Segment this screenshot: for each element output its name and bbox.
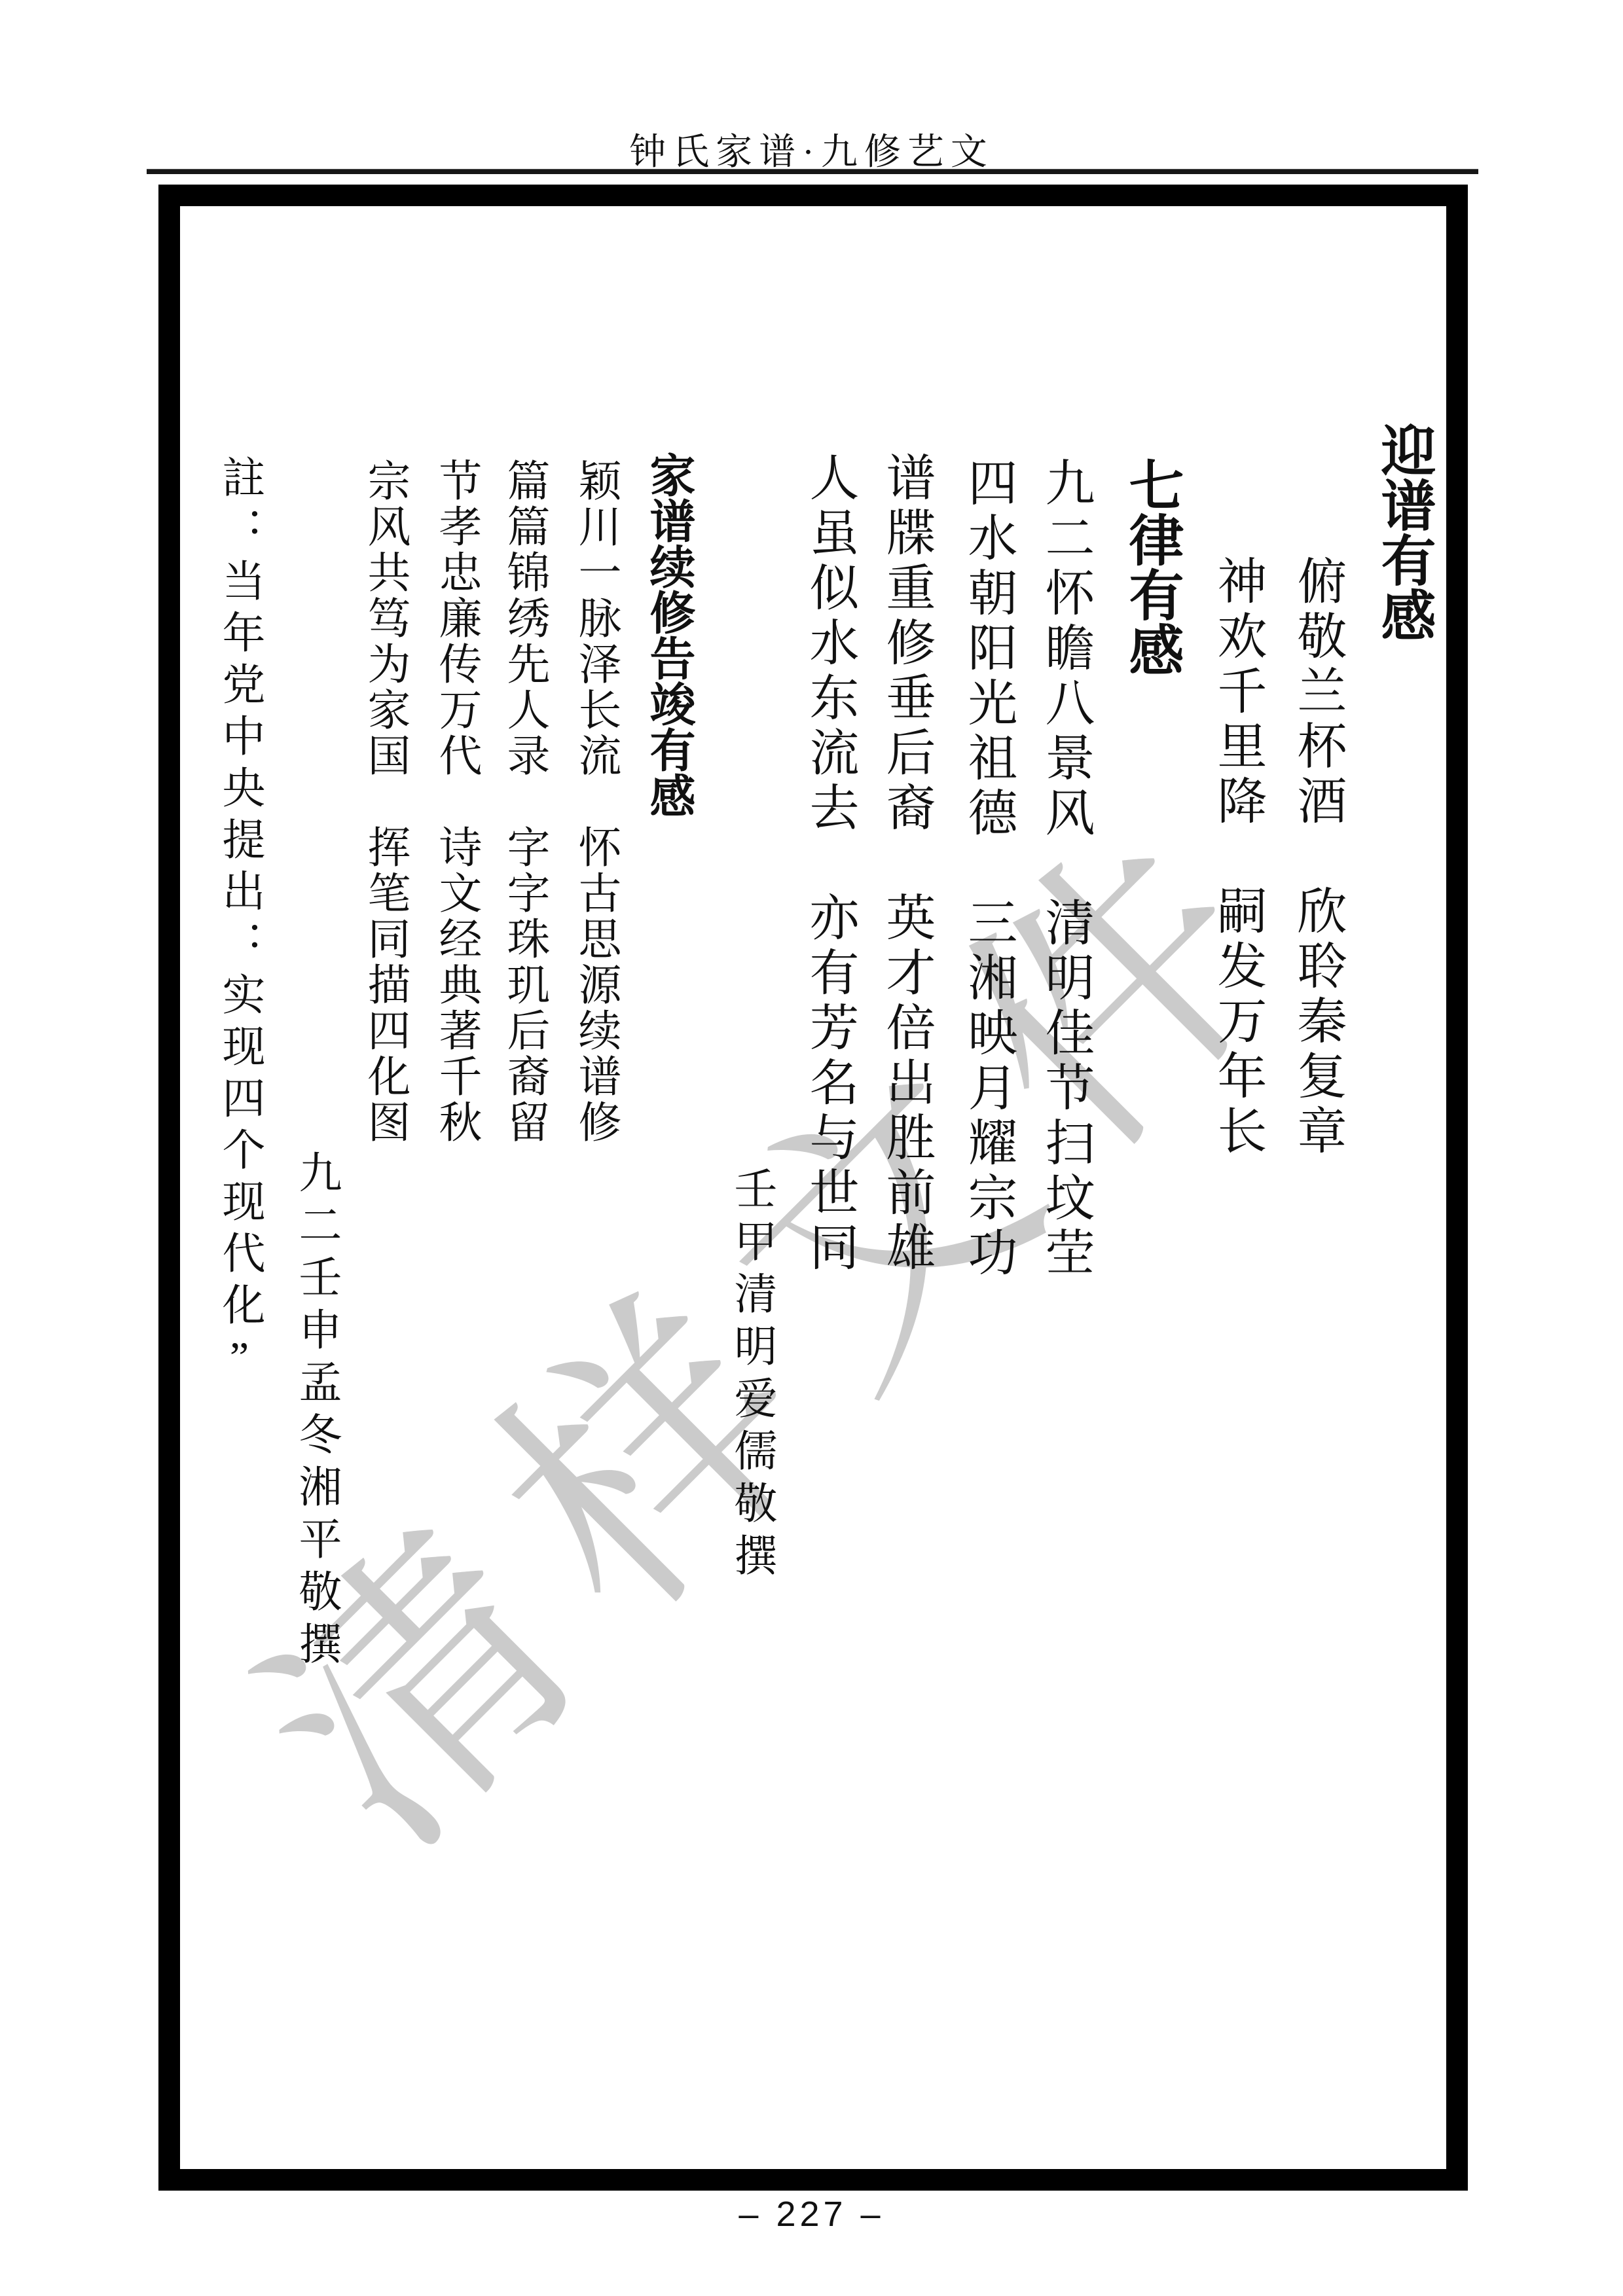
section3-line2: 篇篇锦绣先人录 字字珠玑后裔留 [493,458,555,1145]
section2-title: 七律有感 [1112,457,1191,677]
section1-line2: 神欢千里降 嗣发万年长 [1202,555,1273,1160]
section2-line3: 谱牒重修垂后裔 英才倍出胜前雄 [871,452,942,1276]
section2-line2: 四水朝阳光祖德 三湘映月耀宗功 [953,457,1024,1282]
section3-line4: 宗风共笃为家国 挥笔同描四化图 [354,458,416,1145]
section3-line1: 颖川一脉泽长流 怀古思源续谱修 [564,458,627,1145]
section3-attribution: 九二壬申孟冬湘平敬撰 [285,1150,347,1674]
footnote-column: 註：当年党中央提出：实现四个现代化” [208,455,270,1390]
section1-line1: 俯敬兰杯酒 欣聆秦复章 [1282,555,1353,1160]
header-rule [147,169,1478,174]
section1-title: 迎谱有感 [1364,422,1443,642]
book-page: 钟氏家谱·九修艺文 清样文件 迎谱有感 俯敬兰杯酒 欣聆秦复章 神欢千里降 嗣发… [0,0,1623,2296]
section3-line3: 节孝忠廉传万代 诗文经典著千秋 [425,458,487,1145]
page-number: – 227 – [0,2194,1623,2234]
section2-line4: 人虽似水东流去 亦有芳名与世同 [794,452,866,1276]
section2-line1: 九二怀瞻八景风 清明佳节扫坟茔 [1030,457,1101,1282]
section3-title: 家谱续修告竣有感 [635,452,701,818]
section2-attribution: 壬甲清明爱儒敬撰 [720,1166,782,1585]
page-header-title: 钟氏家谱·九修艺文 [0,123,1623,175]
